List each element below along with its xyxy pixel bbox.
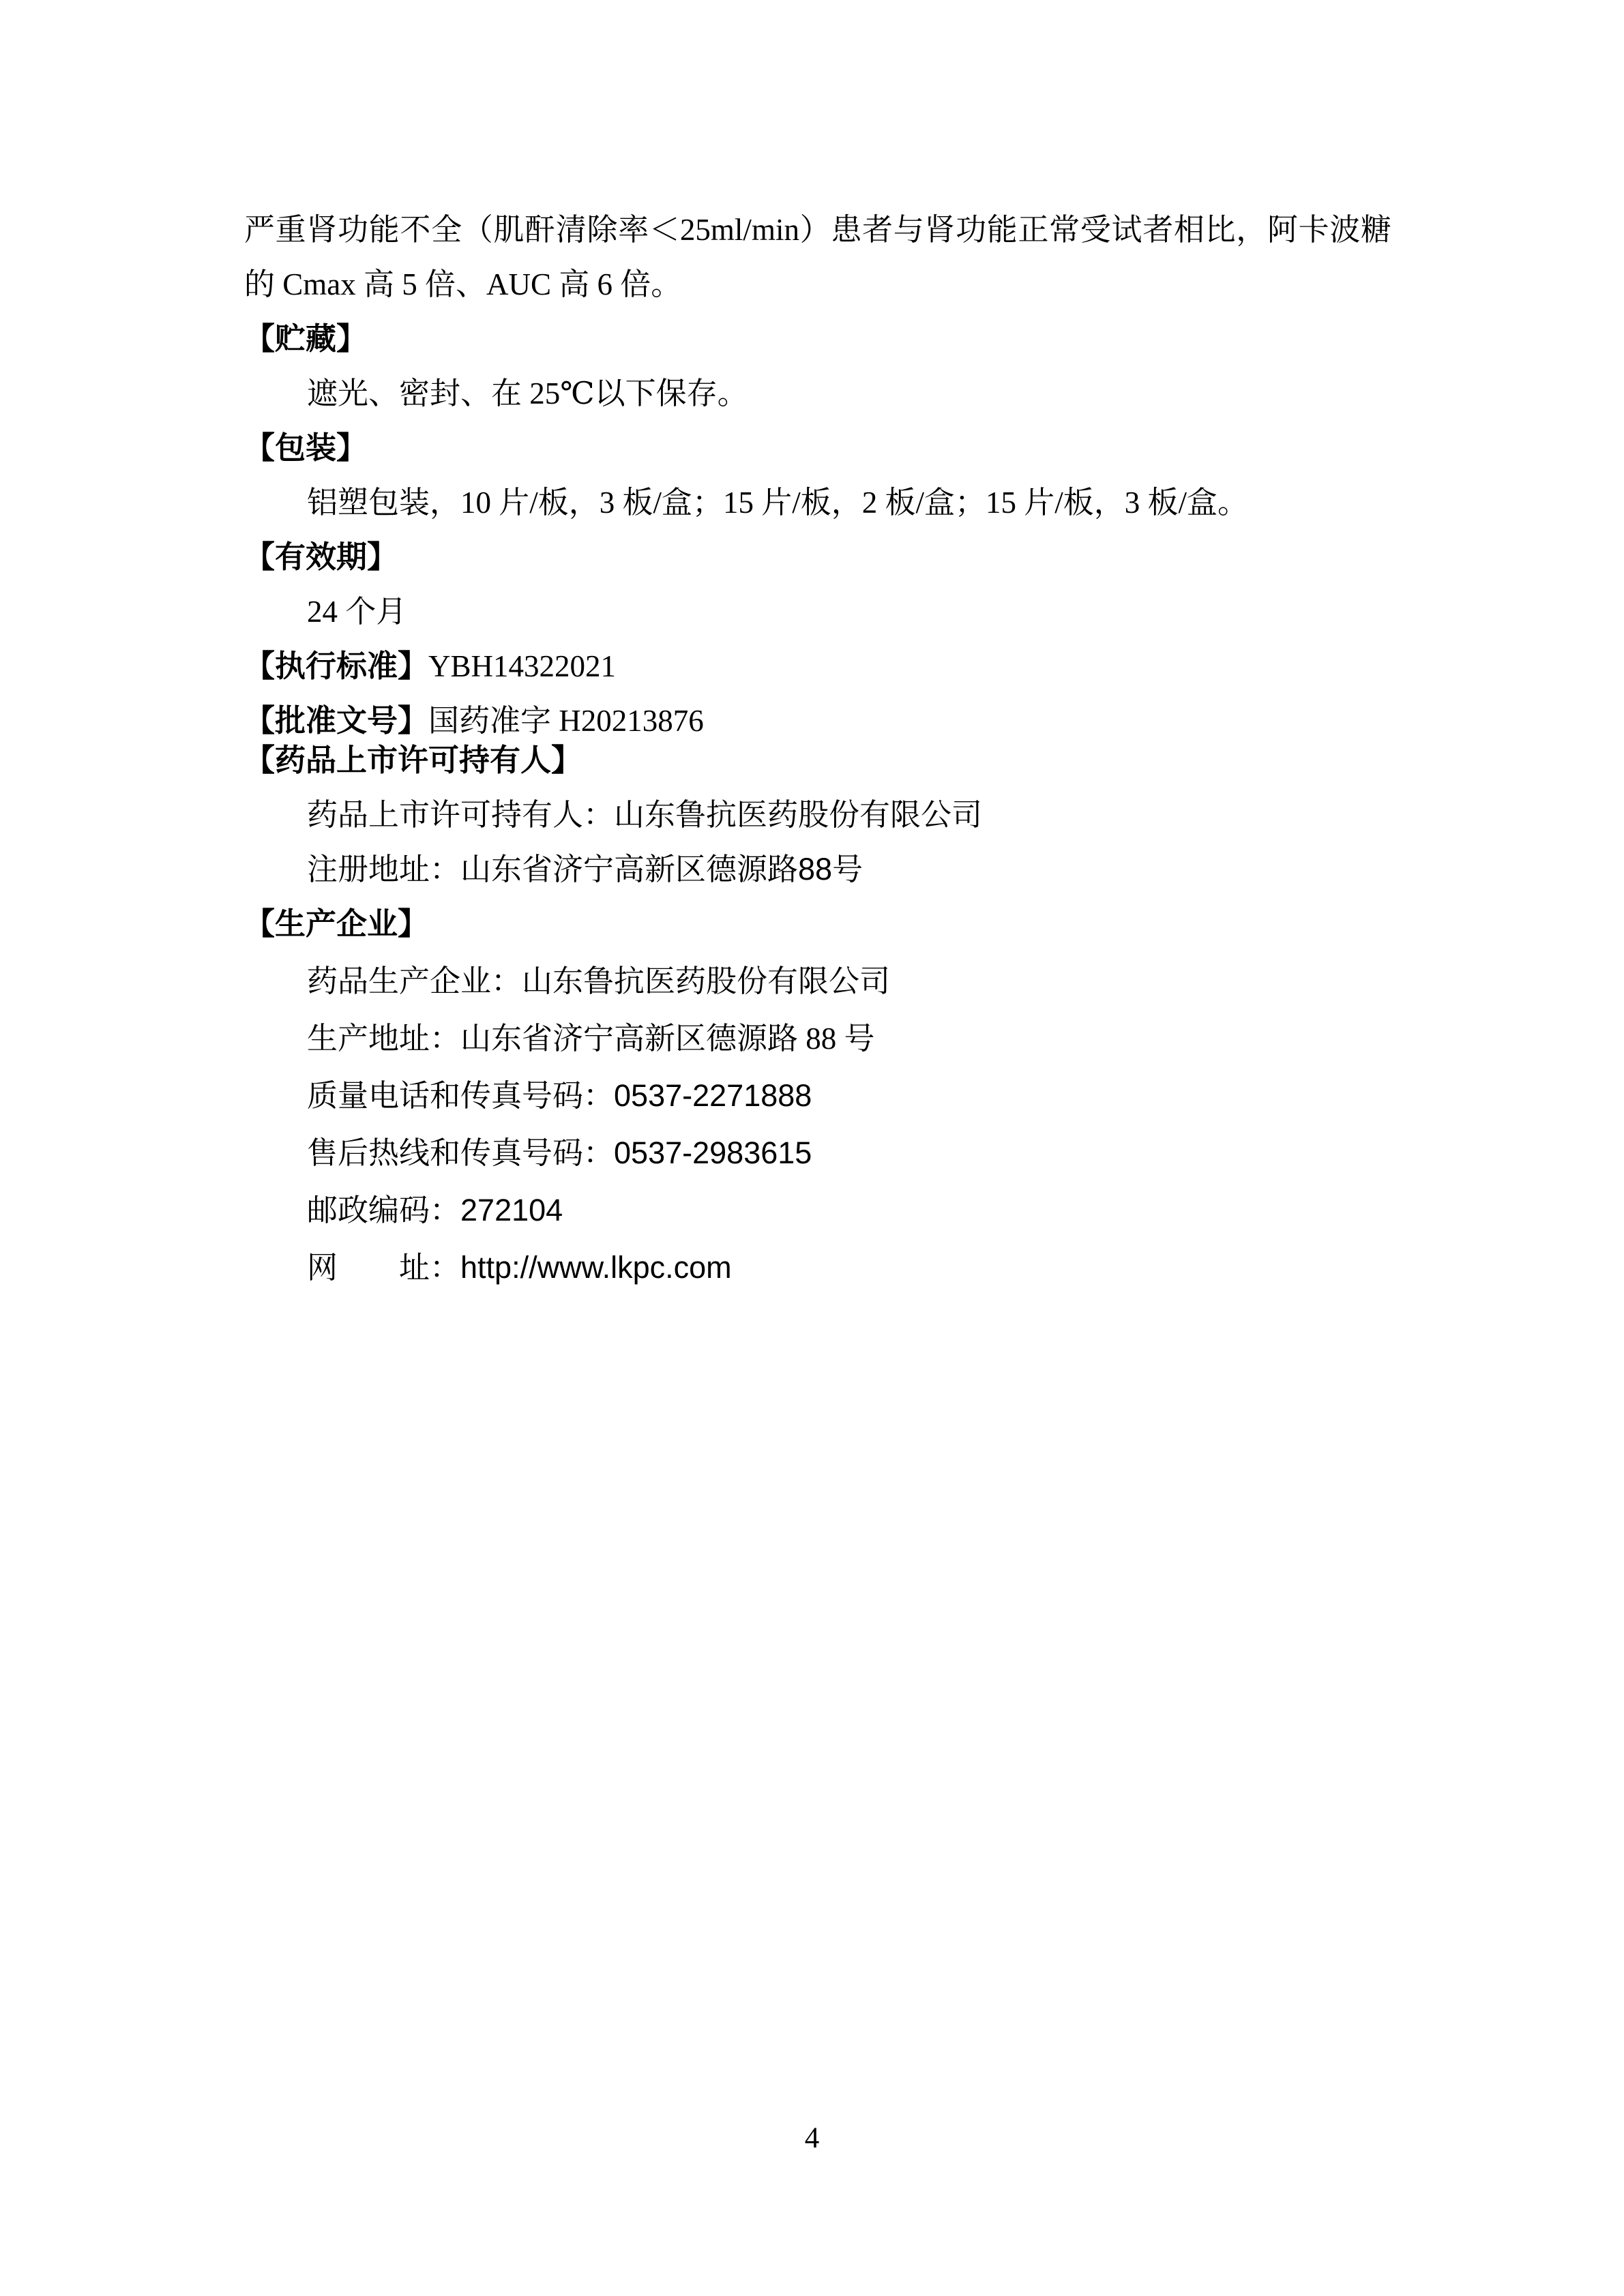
section-heading-mah: 【药品上市许可持有人】 bbox=[244, 733, 1391, 788]
website-url: http://www.lkpc.com bbox=[460, 1250, 732, 1285]
postcode-line: 邮政编码：272104 bbox=[244, 1183, 1391, 1238]
quality-phone-label: 质量电话和传真号码： bbox=[307, 1079, 614, 1113]
postcode-label: 邮政编码： bbox=[307, 1193, 460, 1227]
section-heading-packaging: 【包装】 bbox=[244, 421, 1391, 475]
manufacturer-company: 药品生产企业：山东鲁抗医药股份有限公司 bbox=[244, 954, 1391, 1009]
website-line: 网 址：http://www.lkpc.com bbox=[244, 1240, 1391, 1295]
mah-registered-address-text: 注册地址：山东省济宁高新区德源路 bbox=[307, 852, 798, 886]
quality-phone-line: 质量电话和传真号码：0537-2271888 bbox=[244, 1069, 1391, 1123]
manufacturer-address: 生产地址：山东省济宁高新区德源路 88 号 bbox=[244, 1011, 1391, 1066]
section-heading-manufacturer: 【生产企业】 bbox=[244, 897, 1391, 951]
website-label: 网 址： bbox=[307, 1251, 460, 1285]
mah-registered-address: 注册地址：山东省济宁高新区德源路88号 bbox=[244, 842, 1391, 897]
page-number: 4 bbox=[0, 2118, 1624, 2159]
renal-paragraph-line2: 的 Cmax 高 5 倍、AUC 高 6 倍。 bbox=[244, 257, 1391, 312]
section-heading-standard: 【执行标准】 bbox=[244, 649, 428, 683]
quality-phone-number: 0537-2271888 bbox=[614, 1078, 812, 1113]
mah-holder: 药品上市许可持有人：山东鲁抗医药股份有限公司 bbox=[244, 788, 1391, 842]
standard-line: 【执行标准】YBH14322021 bbox=[244, 639, 1391, 694]
document-page: 严重肾功能不全（肌酐清除率＜25ml/min）患者与肾功能正常受试者相比，阿卡波… bbox=[0, 0, 1624, 2296]
mah-registered-address-number: 88 bbox=[798, 852, 832, 886]
renal-paragraph-line1: 严重肾功能不全（肌酐清除率＜25ml/min）患者与肾功能正常受试者相比，阿卡波… bbox=[244, 203, 1391, 257]
service-phone-label: 售后热线和传真号码： bbox=[307, 1136, 614, 1170]
mah-registered-address-suffix: 号 bbox=[832, 852, 863, 886]
service-phone-number: 0537-2983615 bbox=[614, 1135, 812, 1170]
section-heading-storage: 【贮藏】 bbox=[244, 312, 1391, 366]
standard-value: YBH14322021 bbox=[428, 649, 616, 683]
postcode-value: 272104 bbox=[460, 1193, 563, 1227]
packaging-body: 铝塑包装，10 片/板，3 板/盒；15 片/板，2 板/盒；15 片/板，3 … bbox=[244, 475, 1391, 530]
storage-body: 遮光、密封、在 25℃以下保存。 bbox=[244, 366, 1391, 421]
page-content: 严重肾功能不全（肌酐清除率＜25ml/min）患者与肾功能正常受试者相比，阿卡波… bbox=[244, 203, 1391, 1295]
validity-body: 24 个月 bbox=[244, 584, 1391, 639]
section-heading-validity: 【有效期】 bbox=[244, 530, 1391, 584]
service-phone-line: 售后热线和传真号码：0537-2983615 bbox=[244, 1126, 1391, 1180]
